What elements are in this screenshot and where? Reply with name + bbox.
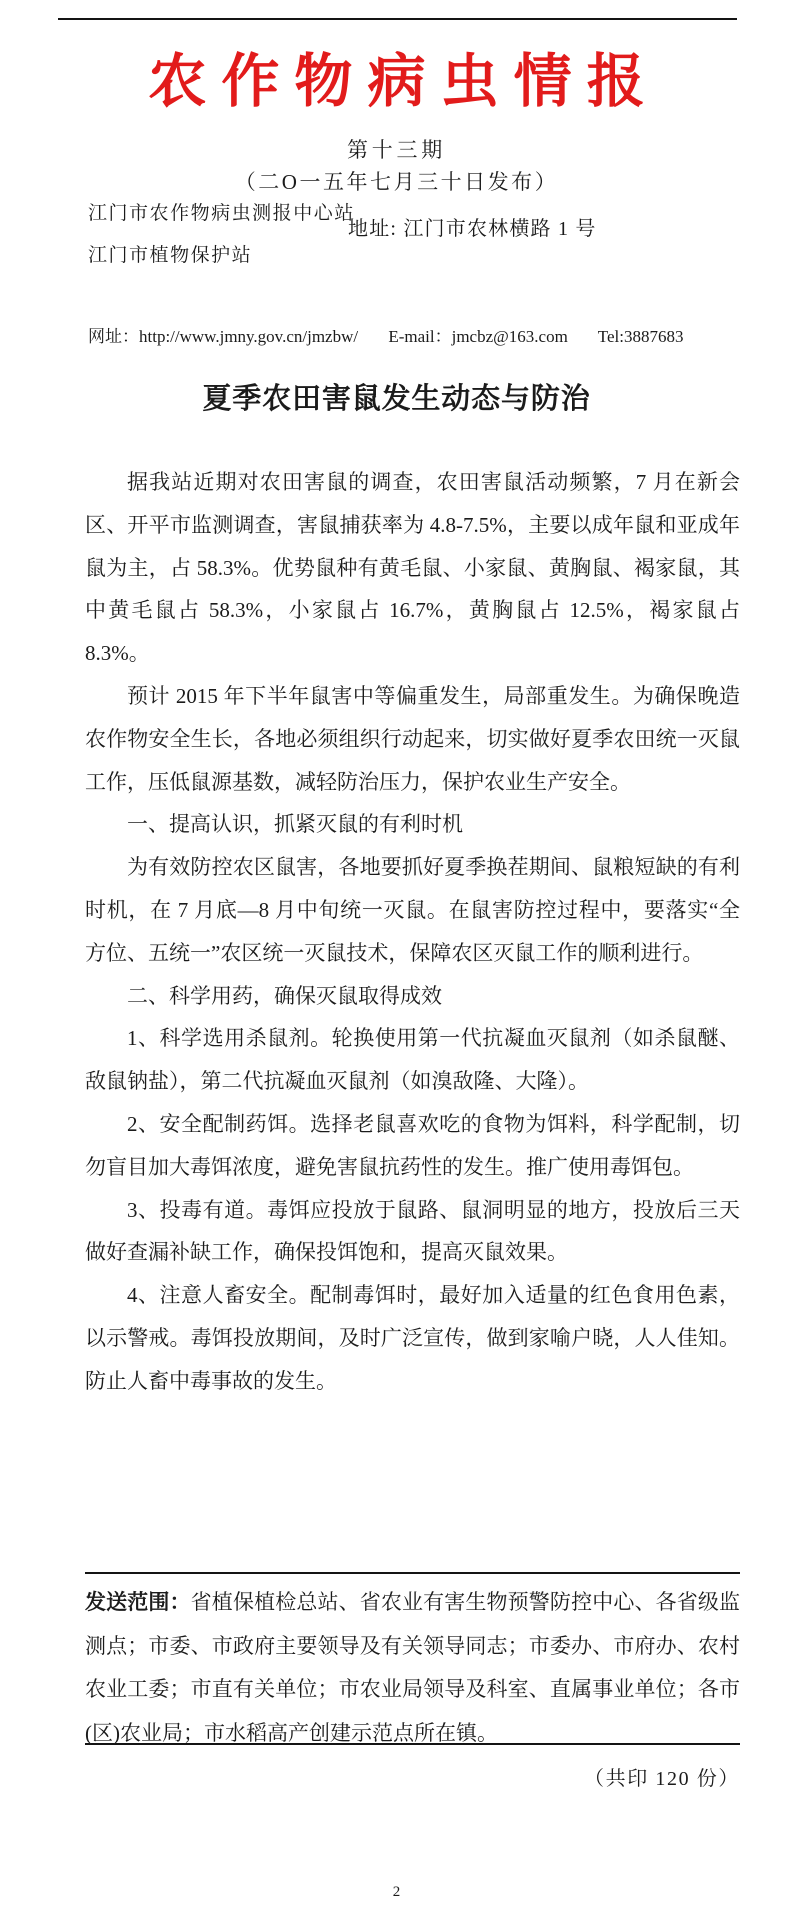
org-address: 地址: 江门市农林横路 1 号 [348,212,597,241]
issuing-org-plant-protection-station: 江门市植物保护站 [88,240,252,267]
bulletin-page: 农作物病虫情报 第十三期 （二O一五年七月三十日发布） 江门市农作物病虫测报中心… [0,0,793,1923]
issue-number: 第十三期 [0,134,793,164]
paragraph-bait-placement: 3、投毒有道。毒饵应投放于鼠路、鼠洞明显的地方，投放后三天做好查漏补缺工作，确保… [85,1189,740,1275]
paragraph-safety: 4、注意人畜安全。配制毒饵时，最好加入适量的红色食用色素，以示警戒。毒饵投放期间… [85,1274,740,1402]
distribution-scope-label: 发送范围： [85,1590,191,1614]
telephone-number: Tel:3887683 [598,327,684,346]
website-url: 网址：http://www.jmny.gov.cn/jmzbw/ [88,327,358,346]
publish-date: （二O一五年七月三十日发布） [0,166,793,196]
paragraph-bait-preparation: 2、安全配制药饵。选择老鼠喜欢吃的食物为饵料，科学配制，切勿盲目加大毒饵浓度，避… [85,1103,740,1189]
paragraph-forecast: 预计 2015 年下半年鼠害中等偏重发生，局部重发生。为确保晚造农作物安全生长，… [85,675,740,803]
masthead-title: 农作物病虫情报 [0,34,793,118]
issuing-org-monitoring-station: 江门市农作物病虫测报中心站 [88,198,355,225]
top-divider-rule [58,18,737,20]
paragraph-survey-overview: 据我站近期对农田害鼠的调查，农田害鼠活动频繁，7 月在新会区、开平市监测调查，害… [85,461,740,675]
paragraph-timing: 为有效防控农区鼠害，各地要抓好夏季换茬期间、鼠粮短缺的有利时机，在 7 月底—8… [85,846,740,974]
paragraph-rodenticide-choice: 1、科学选用杀鼠剂。轮换使用第一代抗凝血灭鼠剂（如杀鼠醚、敌鼠钠盐），第二代抗凝… [85,1017,740,1103]
article-body: 据我站近期对农田害鼠的调查，农田害鼠活动频繁，7 月在新会区、开平市监测调查，害… [85,461,740,1403]
distribution-scope-block: 发送范围：省植保植检总站、省农业有害生物预警防控中心、各省级监测点；市委、市政府… [85,1572,740,1745]
section-heading-1: 一、提高认识，抓紧灭鼠的有利时机 [85,803,740,846]
email-address: E-mail：jmcbz@163.com [388,327,567,346]
print-count: （共印 120 份） [584,1762,740,1791]
contact-info-row: 网址：http://www.jmny.gov.cn/jmzbw/ E-mail：… [88,322,753,347]
section-heading-2: 二、科学用药，确保灭鼠取得成效 [85,975,740,1018]
article-title: 夏季农田害鼠发生动态与防治 [0,376,793,417]
page-number: 2 [0,1884,793,1901]
